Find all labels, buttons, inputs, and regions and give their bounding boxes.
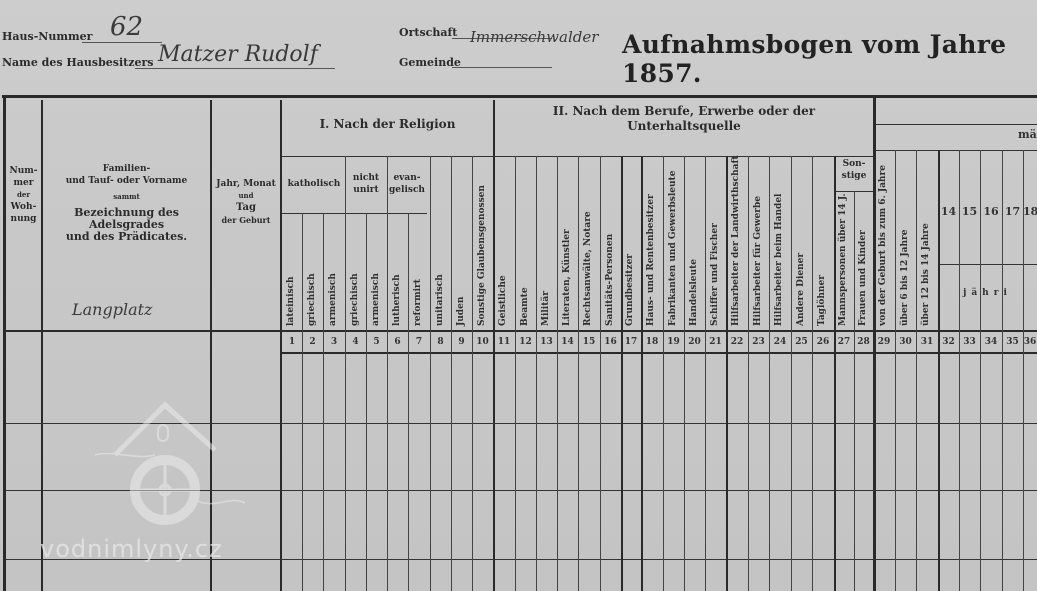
male-group-label: mä xyxy=(1018,128,1037,141)
column-header-label: reformirt xyxy=(413,218,423,326)
column-header-label: Hilfsarbeiter beim Handel xyxy=(774,160,784,326)
col-divider xyxy=(515,156,516,591)
column-header-label: von der Geburt bis zum 6. Jahre xyxy=(878,160,888,326)
column-number: 30 xyxy=(895,337,916,347)
watermark-text: vodnimlyny.cz xyxy=(40,535,223,563)
column-number: 21 xyxy=(705,337,726,347)
column-number: 20 xyxy=(684,337,705,347)
age-year-header: 16 xyxy=(980,205,1002,218)
col-divider xyxy=(769,156,770,591)
numbers-row-bottom-border xyxy=(282,352,1037,354)
yearly-label: jähri xyxy=(938,288,1037,298)
column-number: 2 xyxy=(302,337,323,347)
column-header-label: Rechtsanwälte, Notare xyxy=(583,160,593,326)
col-divider xyxy=(345,156,346,591)
column-header-label: lateinisch xyxy=(286,218,296,326)
column-header-label: Hilfsarbeiter für Gewerbe xyxy=(753,160,763,326)
column-number: 8 xyxy=(430,337,451,347)
col-divider xyxy=(472,156,473,591)
form-title: Aufnahmsbogen vom Jahre 1857. xyxy=(622,30,1037,88)
column-header-label: Hilfsarbeiter der Landwirthschaft xyxy=(731,160,741,326)
col-divider xyxy=(621,156,623,591)
column-header-label: Taglöhner xyxy=(817,160,827,326)
column-header-label: Fabrikanten und Gewerbsleute xyxy=(668,160,678,326)
locality-value: Immerschwalder xyxy=(470,28,598,46)
column-header-label: griechisch xyxy=(307,218,317,326)
subgroup-divider xyxy=(282,213,427,214)
column-number: 12 xyxy=(515,337,536,347)
column-header-label: Sonstige Glaubensgenossen xyxy=(477,160,487,326)
column-header-label: unitarisch xyxy=(435,160,445,326)
room-number-header: Num- mer der Woh- nung xyxy=(6,165,41,225)
census-form-page: Haus-Nummer 62 Name des Hausbesitzers Ma… xyxy=(0,0,1037,591)
column-number: 10 xyxy=(472,337,493,347)
col-divider xyxy=(812,156,813,591)
column-header-label: über 12 bis 14 Jahre xyxy=(921,160,931,326)
column-number: 6 xyxy=(387,337,408,347)
birth-date-header: Jahr, Monat und Tag der Geburt xyxy=(212,178,280,226)
section-title-divider xyxy=(876,124,1037,125)
entry-name-note: Langplatz xyxy=(72,300,152,319)
owner-label: Name des Hausbesitzers xyxy=(2,56,153,69)
age-year-header: 18 xyxy=(1023,205,1037,218)
col-divider xyxy=(578,156,579,591)
column-number: 26 xyxy=(812,337,834,347)
column-number: 31 xyxy=(916,337,938,347)
column-number: 4 xyxy=(345,337,366,347)
column-number: 3 xyxy=(323,337,345,347)
column-header-label: Schiffer und Fischer xyxy=(710,160,720,326)
col-divider xyxy=(451,156,452,591)
age-year-header: 17 xyxy=(1002,205,1023,218)
column-header-label: Andere Diener xyxy=(796,160,806,326)
evangelical-group-label: evan-gelisch xyxy=(386,172,428,196)
column-number: 22 xyxy=(726,337,748,347)
column-header-label: Beamte xyxy=(520,160,530,326)
col-divider xyxy=(430,156,431,591)
other-group-label: Son-stige xyxy=(835,158,873,182)
watermill-logo-icon xyxy=(95,395,245,535)
column-header-label: Frauen und Kinder xyxy=(858,196,868,326)
column-header-label: Geistliche xyxy=(498,160,508,326)
column-number: 32 xyxy=(938,337,959,347)
column-header-label: armenisch xyxy=(371,218,381,326)
header-bottom-border xyxy=(6,330,1037,332)
house-number-underline xyxy=(82,42,162,43)
column-number: 27 xyxy=(834,337,854,347)
locality-label: Ortschaft xyxy=(399,26,457,39)
catholic-group-label: katholisch xyxy=(282,178,346,190)
column-number: 5 xyxy=(366,337,387,347)
column-header-label: griechisch xyxy=(350,218,360,326)
column-number: 7 xyxy=(408,337,430,347)
column-header-label: Literaten, Künstler xyxy=(562,160,572,326)
column-header-label: lutherisch xyxy=(392,218,402,326)
column-number: 23 xyxy=(748,337,769,347)
column-number: 28 xyxy=(854,337,873,347)
column-header-label: Haus- und Rentenbesitzer xyxy=(646,160,656,326)
owner-underline xyxy=(135,68,335,69)
col-divider xyxy=(748,156,749,591)
column-header-label: Handelsleute xyxy=(689,160,699,326)
col-divider xyxy=(854,191,855,591)
column-number: 15 xyxy=(578,337,600,347)
col-divider xyxy=(387,156,388,591)
column-number: 34 xyxy=(980,337,1002,347)
age-year-header: 15 xyxy=(959,205,980,218)
column-number: 13 xyxy=(536,337,557,347)
column-number: 25 xyxy=(791,337,812,347)
column-number: 36 xyxy=(1023,337,1037,347)
column-number: 35 xyxy=(1002,337,1023,347)
column-number: 1 xyxy=(282,337,302,347)
col-divider xyxy=(726,156,728,591)
house-number-value: 62 xyxy=(110,12,143,42)
column-number: 29 xyxy=(873,337,895,347)
col-divider xyxy=(557,156,558,591)
column-number: 11 xyxy=(493,337,515,347)
column-number: 17 xyxy=(621,337,641,347)
col-divider xyxy=(536,156,537,591)
column-header-label: Grundbesitzer xyxy=(625,160,635,326)
col-divider xyxy=(684,156,685,591)
occupation-section-title: II. Nach dem Berufe, Erwerbe oder der Un… xyxy=(495,104,873,134)
municipality-underline xyxy=(452,67,552,68)
column-number: 16 xyxy=(600,337,621,347)
religion-section-title: I. Nach der Religion xyxy=(282,118,493,130)
house-number-label: Haus-Nummer xyxy=(2,30,92,43)
col-divider xyxy=(791,156,792,591)
column-header-label: Sanitäts-Personen xyxy=(605,160,615,326)
column-number: 18 xyxy=(641,337,663,347)
col-divider xyxy=(834,156,836,591)
table-top-border xyxy=(2,95,1037,98)
col-divider xyxy=(408,213,409,591)
column-number: 24 xyxy=(769,337,791,347)
col-divider xyxy=(916,150,917,591)
col-divider xyxy=(600,156,601,591)
col-divider xyxy=(705,156,706,591)
column-number: 14 xyxy=(557,337,578,347)
column-number: 9 xyxy=(451,337,472,347)
owner-value: Matzer Rudolf xyxy=(158,42,318,67)
col-divider xyxy=(366,213,367,591)
column-header-label: Mannspersonen über 14 J. xyxy=(838,196,848,326)
age-year-header: 14 xyxy=(938,205,959,218)
column-number: 19 xyxy=(663,337,684,347)
column-header-label: Juden xyxy=(456,160,466,326)
col-divider xyxy=(302,213,303,591)
column-header-label: über 6 bis 12 Jahre xyxy=(900,160,910,326)
name-header: Familien- und Tauf- oder Vorname sammt B… xyxy=(43,163,210,243)
section-title-divider xyxy=(876,150,1037,151)
column-number: 33 xyxy=(959,337,980,347)
column-header-label: Militär xyxy=(541,160,551,326)
col-divider xyxy=(323,213,324,591)
non-united-group-label: nichtunirt xyxy=(346,172,386,196)
column-header-label: armenisch xyxy=(328,218,338,326)
col-divider xyxy=(663,156,664,591)
col-divider xyxy=(641,156,643,591)
col-divider xyxy=(895,150,896,591)
